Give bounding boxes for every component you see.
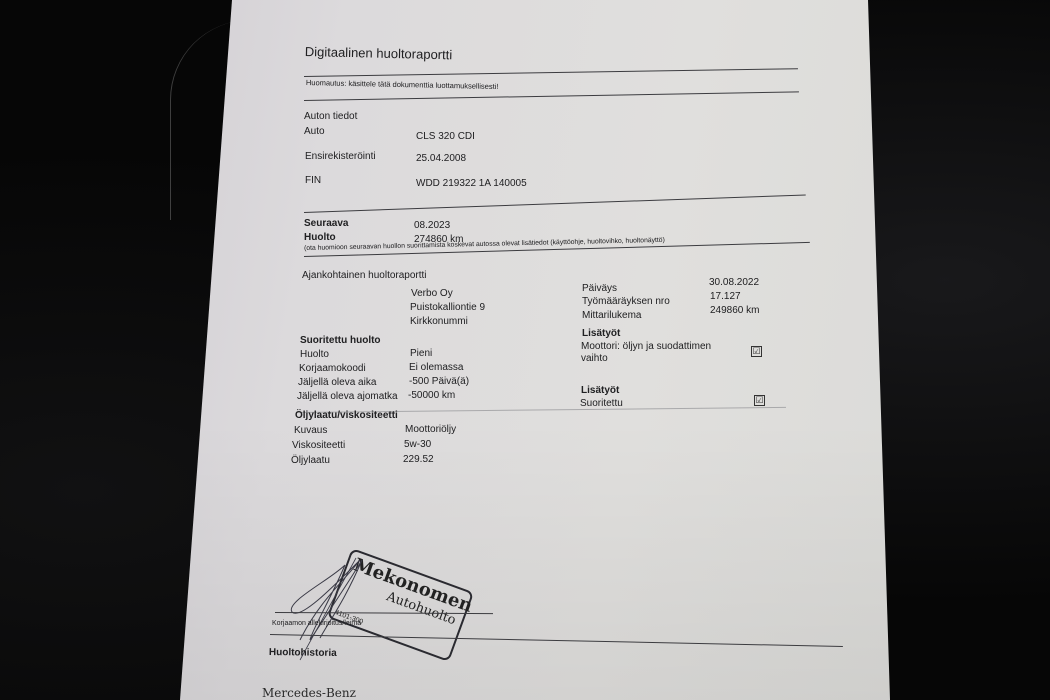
service-report-document: Digitaalinen huoltoraportti Huomautus: k… [0, 0, 1050, 700]
history-make-partial: Mercedes-Benz [262, 686, 356, 700]
signature-label: Korjaamon allekirjoitus/leima [272, 620, 361, 627]
history-heading: Huoltohistoria [269, 647, 337, 659]
signature-scribble [0, 0, 1050, 700]
